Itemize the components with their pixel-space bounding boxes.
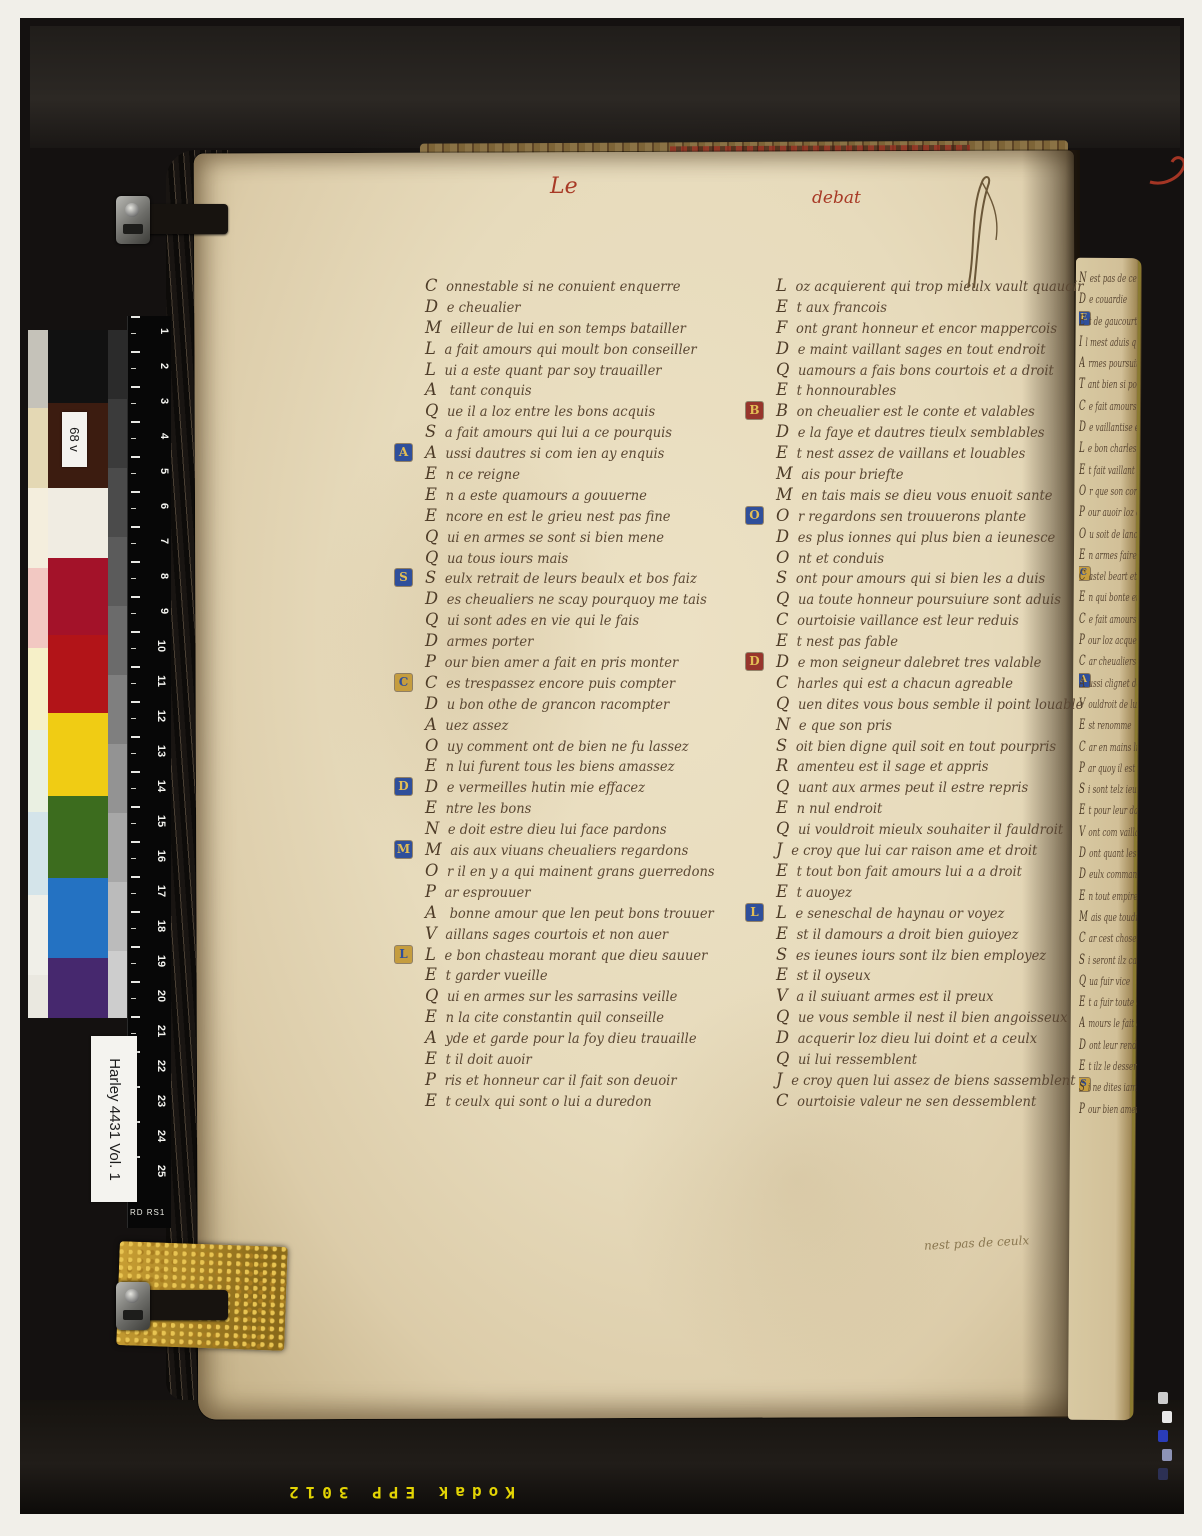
manuscript-line: Qua toute honneur poursuiure sont aduis <box>776 589 1076 610</box>
manuscript-line: En qui bonte et vaill <box>1079 587 1137 608</box>
ruler-unit: 20 <box>128 981 171 1016</box>
manuscript-line: De la faye et dautres tieulx semblables <box>776 422 1076 443</box>
manuscript-line-text: Pour bien amer quant <box>1079 1099 1115 1120</box>
manuscript-line: A bonne amour que len peut bons trouuer <box>425 903 725 924</box>
manuscript-line: Quen dites vous bous semble il point lou… <box>776 694 1076 715</box>
film-edge-marker <box>1158 1468 1168 1480</box>
illuminated-initial: D <box>395 778 412 795</box>
clamp-slot <box>123 1310 143 1320</box>
manuscript-line: CCes trespassez encore puis compter <box>425 673 725 694</box>
manuscript-line: Du bon othe de grancon racompter <box>425 694 725 715</box>
manuscript-line: Quamours a fais bons courtois et a droit <box>776 360 1076 381</box>
ruler-unit: 5 <box>128 456 171 491</box>
manuscript-line: Si seront ilz car leur bo <box>1079 950 1137 971</box>
calibration-patch <box>28 408 48 488</box>
clamp-screw <box>125 1289 139 1303</box>
manuscript-line: Ayde et garde pour la foy dieu trauaille <box>425 1028 725 1049</box>
manuscript-line-text: Quant aux armes peut il estre repris <box>776 777 1064 799</box>
manuscript-line-text: Sont pour amours qui si bien les a duis <box>776 568 1064 590</box>
manuscript-line: Ont et conduis <box>776 548 1076 569</box>
manuscript-line-text: Tant bien si po <box>1079 374 1115 395</box>
manuscript-line: Courtoisie vaillance est leur reduis <box>776 610 1076 631</box>
shelfmark-label: Harley 4431 Vol. 1 <box>91 1036 137 1202</box>
film-edge-marker <box>1158 1430 1168 1442</box>
manuscript-line: En tout empire <box>1079 886 1137 907</box>
manuscript-line-text: Et aux francois <box>776 297 1064 319</box>
ruler-number: 16 <box>155 850 167 862</box>
manuscript-line-text: Ce fait amours qui le <box>1079 609 1115 630</box>
clamp-screw <box>125 203 139 217</box>
manuscript-line: CCastel beart et autr <box>1079 566 1137 587</box>
manuscript-line-text: En qui bonte et vaill <box>1079 587 1115 608</box>
manuscript-line: Et garder vueille <box>425 965 725 986</box>
illuminated-initial: L <box>746 904 763 921</box>
manuscript-line: Font grant honneur et encor mappercois <box>776 318 1076 339</box>
ruler-number: 25 <box>155 1165 167 1177</box>
calibration-patch <box>28 568 48 648</box>
ruler-unit: 19 <box>128 946 171 981</box>
manuscript-line-text: Courtoisie valeur ne sen dessemblent <box>776 1091 1064 1113</box>
manuscript-line: Et auoyez <box>776 882 1076 903</box>
manuscript-line-text: Et ilz le desseruent <box>1079 1056 1115 1077</box>
manuscript-line-text: Qui vouldroit mieulx souhaiter il fauldr… <box>776 819 1064 841</box>
manuscript-line: En a este quamours a gouuerne <box>425 485 725 506</box>
manuscript-line-text: Ou soit de lancee o <box>1079 524 1115 545</box>
manuscript-line: Pour loz acquerre <box>1079 630 1137 651</box>
manuscript-line: Que vous semble il nest il bien angoisse… <box>776 1007 1076 1028</box>
manuscript-line: Entre les bons <box>425 798 725 819</box>
manuscript-line: Ouy comment ont de bien ne fu lassez <box>425 736 725 757</box>
manuscript-line: Meilleur de lui en son temps batailler <box>425 318 725 339</box>
manuscript-line-text: Nest pas de ceulx <box>1079 268 1115 289</box>
manuscript-line-text: Pour loz acquerre <box>1079 630 1115 651</box>
manuscript-line-text: Qui lui ressemblent <box>776 1049 1064 1071</box>
manuscript-line-text: A bonne amour que len peut bons trouuer <box>425 903 713 925</box>
manuscript-line: AAussi clignet de breb <box>1079 673 1137 694</box>
manuscript-line: Et aux francois <box>776 297 1076 318</box>
manuscript-line-text: Charles qui est a chacun agreable <box>776 673 1064 695</box>
manuscript-line: Que il a loz entre les bons acquis <box>425 401 725 422</box>
manuscript-line: La fait amours qui moult bon conseiller <box>425 339 725 360</box>
manuscript-line-text: Meilleur de lui en son temps batailler <box>425 318 713 340</box>
manuscript-line: Pour bien amer a fait en pris monter <box>425 652 725 673</box>
manuscript-line-text: Et honnourables <box>776 380 1064 402</box>
ruler-unit: 17 <box>128 876 171 911</box>
manuscript-line: Lui a este quant par soy trauailler <box>425 360 725 381</box>
ruler-number: 20 <box>155 990 167 1002</box>
ruler-unit: 16 <box>128 841 171 876</box>
illuminated-initial: C <box>395 674 412 691</box>
manuscript-line: En nul endroit <box>776 798 1076 819</box>
manuscript-line-text: Vouldroit de lui en fe <box>1079 694 1115 715</box>
manuscript-line: De couardie <box>1079 289 1137 310</box>
manuscript-line-text: En tout empire <box>1079 886 1115 907</box>
photo-frame-right <box>1184 0 1202 1536</box>
manuscript-line: Je croy que lui car raison ame et droit <box>776 840 1076 861</box>
manuscript-line: OOr regardons sen trouuerons plante <box>776 506 1076 527</box>
manuscript-line: Darmes porter <box>425 631 725 652</box>
manuscript-line: Ou soit de lancee o <box>1079 524 1137 545</box>
manuscript-line: DDe mon seigneur dalebret tres valable <box>776 652 1076 673</box>
manuscript-line-text: Car cest chose qui trop <box>1079 928 1115 949</box>
ruler-number: 7 <box>158 538 170 544</box>
text-column-facing-page: Nest pas de ceulxDe couardieEEt de gauco… <box>1079 268 1137 1128</box>
manuscript-line: Amours le fait car ce <box>1079 1013 1137 1034</box>
manuscript-line-text: En ce reigne <box>425 464 713 486</box>
manuscript-line: Mais pour briefte <box>776 464 1076 485</box>
calibration-patch <box>108 813 127 882</box>
manuscript-line-text: De couardie <box>1079 289 1115 310</box>
ruler-number: 17 <box>155 885 167 897</box>
calibration-patch <box>108 744 127 813</box>
calibration-patch <box>28 895 48 975</box>
ruler-unit: 2 <box>128 351 171 386</box>
manuscript-line-text: Qua toute honneur poursuiure sont aduis <box>776 589 1064 611</box>
manuscript-line-text: Vont com vaillans en <box>1079 822 1115 843</box>
calibration-grayscale-wedge <box>108 330 127 1018</box>
manuscript-line-text: Et auoyez <box>776 882 1064 904</box>
photo-frame-left <box>0 0 20 1536</box>
manuscript-line: Ramenteu est il sage et appris <box>776 756 1076 777</box>
ruler-number: 11 <box>155 675 167 687</box>
manuscript-line: Et tout bon fait amours lui a a droit <box>776 861 1076 882</box>
manuscript-line: Ne doit estre dieu lui face pardons <box>425 819 725 840</box>
manuscript-line: Et nest assez de vaillans et louables <box>776 443 1076 464</box>
calibration-patch <box>28 812 48 895</box>
ruler-unit: 13 <box>128 736 171 771</box>
manuscript-line: Loz acquierent qui trop mieulx vault qua… <box>776 276 1076 297</box>
manuscript-line-text: Bon cheualier est le conte et valables <box>776 401 1064 423</box>
ruler-unit: 12 <box>128 701 171 736</box>
calibration-patch <box>28 730 48 812</box>
calibration-pastel-column <box>28 330 48 1018</box>
manuscript-line: Deulx commander lou <box>1079 864 1137 885</box>
running-header-right: debat <box>812 188 861 208</box>
manuscript-line-text: Soit bien digne quil soit en tout pourpr… <box>776 736 1064 758</box>
manuscript-line-text: Et ceulx qui sont o lui a duredon <box>425 1091 713 1113</box>
ruler-number: 10 <box>155 640 167 652</box>
manuscript-line-text: Va il suiuant armes est il preux <box>776 986 1064 1008</box>
manuscript-line-text: Ont et conduis <box>776 548 1064 570</box>
ruler-number: 3 <box>158 398 170 404</box>
manuscript-line-text: Des cheualiers ne scay pourquoy me tais <box>425 589 713 611</box>
manuscript-line-text: Amours le fait car ce <box>1079 1013 1115 1034</box>
manuscript-line-text: Par quoy il est et sera <box>1079 758 1115 779</box>
manuscript-line-text: Du bon othe de grancon racompter <box>425 694 713 716</box>
manuscript-line: SSi ne dites iamais <box>1079 1077 1137 1098</box>
ruler-unit: 9 <box>128 596 171 631</box>
manuscript-line: LLe seneschal de haynau or voyez <box>776 903 1076 924</box>
manuscript-line-text: Par esprouuer <box>425 882 713 904</box>
manuscript-line: DDe vermeilles hutin mie effacez <box>425 777 725 798</box>
manuscript-line: Dont leur rendra loy <box>1079 1035 1137 1056</box>
manuscript-line: Mais que toudis se ga <box>1079 907 1137 928</box>
ruler-number: 19 <box>155 955 167 967</box>
manuscript-line-text: Que vous semble il nest il bien angoisse… <box>776 1007 1064 1029</box>
illuminated-initial: L <box>395 946 412 963</box>
film-edge-text: Kodak EPP 3012 <box>282 1483 515 1502</box>
manuscript-line: Men tais mais se dieu vous enuoit sante <box>776 485 1076 506</box>
calibration-patch <box>48 635 108 713</box>
ruler-unit: 7 <box>128 526 171 561</box>
manuscript-line: SSeulx retrait de leurs beaulx et bos fa… <box>425 568 725 589</box>
manuscript-line: Vont com vaillans en <box>1079 822 1137 843</box>
ruler-unit: 15 <box>128 806 171 841</box>
manuscript-line: Qui lui ressemblent <box>776 1049 1076 1070</box>
manuscript-line: Et a fuir toute chose <box>1079 992 1137 1013</box>
manuscript-line-text: Sa fait amours qui lui a ce pourquis <box>425 422 713 444</box>
manuscript-line: En la cite constantin quil conseille <box>425 1007 725 1028</box>
calibration-patch <box>108 951 127 1018</box>
manuscript-line: En lui furent tous les biens amassez <box>425 756 725 777</box>
manuscript-line-text: Entre les bons <box>425 798 713 820</box>
manuscript-line-text: De cheualier <box>425 297 713 319</box>
ruler-number: 12 <box>155 710 167 722</box>
manuscript-line: Ce fait amours q <box>1079 396 1137 417</box>
manuscript-line-text: En lui furent tous les biens amassez <box>425 756 713 778</box>
manuscript-line: Qui en armes se sont si bien mene <box>425 527 725 548</box>
manuscript-line: Car en mains lieux po <box>1079 737 1137 758</box>
running-header-left: Le <box>550 174 578 199</box>
manuscript-line: AAussi dautres si com ien ay enquis <box>425 443 725 464</box>
ruler-unit: 14 <box>128 771 171 806</box>
calibration-patch <box>48 878 108 958</box>
ruler-unit: 1 <box>128 316 171 351</box>
manuscript-line: Et il doit auoir <box>425 1049 725 1070</box>
manuscript-line-text: Ouy comment ont de bien ne fu lassez <box>425 736 713 758</box>
manuscript-line-text: Qua fuir vice <box>1079 971 1115 992</box>
manuscript-line: Or que son corps n <box>1079 481 1137 502</box>
manuscript-line: Des cheualiers ne scay pourquoy me tais <box>425 589 725 610</box>
manuscript-line-text: Or regardons sen trouuerons plante <box>776 506 1064 528</box>
ruler-number: 24 <box>155 1130 167 1142</box>
manuscript-line: Vouldroit de lui en fe <box>1079 694 1137 715</box>
manuscript-line-text: Le bon charles d <box>1079 438 1115 459</box>
manuscript-line-text: Car en mains lieux po <box>1079 737 1115 758</box>
manuscript-line: Et fait vaillant <box>1079 460 1137 481</box>
manuscript-line-text: Auez assez <box>425 715 713 737</box>
manuscript-line-text: Mais aux viuans cheualiers regardons <box>425 840 713 862</box>
film-edge-marker <box>1158 1392 1168 1404</box>
manuscript-line: Quant aux armes peut il estre repris <box>776 777 1076 798</box>
calibration-patch <box>48 558 108 635</box>
ruler-number: 22 <box>155 1060 167 1072</box>
manuscript-line: Et ilz le desseruent <box>1079 1056 1137 1077</box>
illuminated-initial: M <box>395 841 412 858</box>
manuscript-line: Charles qui est a chacun agreable <box>776 673 1076 694</box>
manuscript-line: Pour auoir loz com <box>1079 502 1137 523</box>
manuscript-line-text: Lui a este quant par soy trauailler <box>425 360 713 382</box>
manuscript-line: BBon cheualier est le conte et valables <box>776 401 1076 422</box>
manuscript-line-text: Ne doit estre dieu lui face pardons <box>425 819 713 841</box>
manuscript-line: Dont quant les corps <box>1079 843 1137 864</box>
manuscript-line-text: Darmes porter <box>425 631 713 653</box>
ruler-number: 1 <box>158 328 170 334</box>
film-edge-marker <box>1162 1449 1172 1461</box>
manuscript-line: Qua tous iours mais <box>425 548 725 569</box>
ruler-number: 8 <box>158 573 170 579</box>
manuscript-line-text: Si ne dites iamais <box>1079 1077 1115 1098</box>
manuscript-line-text: Et a fuir toute chose <box>1079 992 1115 1013</box>
manuscript-line: Le bon charles d <box>1079 438 1137 459</box>
manuscript-line-text: De vaillantise et <box>1079 417 1115 438</box>
calibration-patch <box>108 399 127 468</box>
manuscript-line-text: A tant conquis <box>425 380 713 402</box>
ruler-number: 18 <box>155 920 167 932</box>
manuscript-line-text: Qui sont ades en vie qui le fais <box>425 610 713 632</box>
ruler-number: 4 <box>158 433 170 439</box>
calibration-patch <box>48 796 108 878</box>
manuscript-line-text: Dacquerir loz dieu lui doint et a ceulx <box>776 1028 1064 1050</box>
pen-flourish <box>930 170 1020 290</box>
manuscript-line-text: Ramenteu est il sage et appris <box>776 756 1064 778</box>
calibration-patch <box>48 958 108 1018</box>
manuscript-line-text: Ces trespassez encore puis compter <box>425 673 713 695</box>
calibration-patch <box>28 488 48 568</box>
manuscript-line-text: Encore en est le grieu nest pas fine <box>425 506 713 528</box>
manuscript-line: Pris et honneur car il fait son deuoir <box>425 1070 725 1091</box>
manuscript-line: Par quoy il est et sera <box>1079 758 1137 779</box>
ruler-number: 2 <box>158 363 170 369</box>
manuscript-line: Ce fait amours qui le <box>1079 609 1137 630</box>
manuscript-line: Tant bien si po <box>1079 374 1137 395</box>
illuminated-initial: S <box>395 569 412 586</box>
manuscript-line-text: De mon seigneur dalebret tres valable <box>776 652 1064 674</box>
manuscript-line-text: Castel beart et autr <box>1079 566 1115 587</box>
manuscript-line-text: Seulx retrait de leurs beaulx et bos fai… <box>425 568 713 590</box>
manuscript-line: Ne que son pris <box>776 715 1076 736</box>
manuscript-line-text: Si seront ilz car leur bo <box>1079 950 1115 971</box>
photo-frame-top <box>0 0 1202 18</box>
manuscript-line-text: De la faye et dautres tieulx semblables <box>776 422 1064 444</box>
manuscript-line: Pour bien amer quant <box>1079 1099 1137 1120</box>
ruler-unit: 10 <box>128 631 171 666</box>
manuscript-line-text: La fait amours qui moult bon conseiller <box>425 339 713 361</box>
manuscript-line: De maint vaillant sages en tout endroit <box>776 339 1076 360</box>
folio-number-text: 68 v <box>67 427 82 452</box>
manuscript-line: Est il damours a droit bien guioyez <box>776 924 1076 945</box>
manuscript-line: En ce reigne <box>425 464 725 485</box>
manuscript-line-text: Ce fait amours q <box>1079 396 1115 417</box>
manuscript-line: Je croy quen lui assez de biens sassembl… <box>776 1070 1076 1091</box>
manuscript-line-text: Si sont telz ieunes et <box>1079 779 1115 800</box>
manuscript-line: Sont pour amours qui si bien les a duis <box>776 568 1076 589</box>
manuscript-line-text: De maint vaillant sages en tout endroit <box>776 339 1064 361</box>
manuscript-line-text: En la cite constantin quil conseille <box>425 1007 713 1029</box>
text-column-right: Loz acquierent qui trop mieulx vault qua… <box>776 276 1076 1112</box>
manuscript-line-text: Pris et honneur car il fait son deuoir <box>425 1070 713 1092</box>
manuscript-line-text: Aussi clignet de breb <box>1079 673 1115 694</box>
manuscript-line-text: Mais pour briefte <box>776 464 1064 486</box>
manuscript-line-text: Le seneschal de haynau or voyez <box>776 903 1064 925</box>
manuscript-line-text: Qui en armes sur les sarrasins veille <box>425 986 713 1008</box>
calibration-patch <box>48 488 108 558</box>
manuscript-line-text: Pour auoir loz com <box>1079 502 1115 523</box>
ruler-unit: 11 <box>128 666 171 701</box>
manuscript-line: Armes poursuit <box>1079 353 1137 374</box>
manuscript-line-text: En nul endroit <box>776 798 1064 820</box>
calibration-patch <box>108 606 127 675</box>
manuscript-line-text: De vermeilles hutin mie effacez <box>425 777 713 799</box>
manuscript-line-text: Et pour leur dames <box>1079 800 1115 821</box>
manuscript-line-text: Courtoisie vaillance est leur reduis <box>776 610 1064 632</box>
manuscript-line-text: Est renomme <box>1079 715 1115 736</box>
manuscript-line: Si sont telz ieunes et <box>1079 779 1137 800</box>
manuscript-line: Qui en armes sur les sarrasins veille <box>425 986 725 1007</box>
ruler-number: 14 <box>155 780 167 792</box>
manuscript-line-text: Ne que son pris <box>776 715 1064 737</box>
manuscript-line-text: Je croy que lui car raison ame et droit <box>776 840 1064 862</box>
manuscript-line: Est il oyseux <box>776 965 1076 986</box>
manuscript-line-text: Est il damours a droit bien guioyez <box>776 924 1064 946</box>
manuscript-line: Qui sont ades en vie qui le fais <box>425 610 725 631</box>
illuminated-initial: B <box>746 402 763 419</box>
manuscript-line-text: Et nest assez de vaillans et louables <box>776 443 1064 465</box>
clamp-strap <box>140 1290 228 1320</box>
ruler-unit: 6 <box>128 491 171 526</box>
manuscript-line: Par esprouuer <box>425 882 725 903</box>
manuscript-line-text: Mais que toudis se ga <box>1079 907 1115 928</box>
manuscript-line-text: Deulx commander lou <box>1079 864 1115 885</box>
manuscript-line: Qui vouldroit mieulx souhaiter il fauldr… <box>776 819 1076 840</box>
illuminated-initial: D <box>746 653 763 670</box>
manuscript-line: Et pour leur dames <box>1079 800 1137 821</box>
manuscript-line-text: Ses ieunes iours sont ilz bien employez <box>776 945 1064 967</box>
manuscript-line: LLe bon chasteau morant que dieu sauuer <box>425 945 725 966</box>
manuscript-line: Soit bien digne quil soit en tout pourpr… <box>776 736 1076 757</box>
manuscript-line-text: Ayde et garde pour la foy dieu trauaille <box>425 1028 713 1050</box>
manuscript-line: Va il suiuant armes est il preux <box>776 986 1076 1007</box>
manuscript-line: Auez assez <box>425 715 725 736</box>
manuscript-line-text: Et de gaucourt q <box>1079 311 1115 332</box>
manuscript-line: Nest pas de ceulx <box>1079 268 1137 289</box>
manuscript-line-text: Dont quant les corps <box>1079 843 1115 864</box>
manuscript-line-text: Men tais mais se dieu vous enuoit sante <box>776 485 1064 507</box>
film-edge-marker <box>1162 1411 1172 1423</box>
ruler-number: 21 <box>155 1025 167 1037</box>
manuscript-line-text: Car cheualiers meill <box>1079 651 1115 672</box>
manuscript-line-text: Des plus ionnes qui plus bien a ieunesce <box>776 527 1064 549</box>
manuscript-line: Car cest chose qui trop <box>1079 928 1137 949</box>
manuscript-line-text: Aussi dautres si com ien ay enquis <box>425 443 713 465</box>
manuscript-line-text: Est il oyseux <box>776 965 1064 987</box>
folio-number-label: 68 v <box>62 412 87 467</box>
manuscript-line: Et ceulx qui sont o lui a duredon <box>425 1091 725 1112</box>
calibration-patch <box>108 882 127 951</box>
manuscript-line-text: En a este quamours a gouuerne <box>425 485 713 507</box>
calibration-patch <box>108 537 127 606</box>
manuscript-line-text: Quamours a fais bons courtois et a droit <box>776 360 1064 382</box>
calibration-patch <box>48 330 108 403</box>
manuscript-line: Et nest pas fable <box>776 631 1076 652</box>
ruler-unit: 3 <box>128 386 171 421</box>
manuscript-line: Dacquerir loz dieu lui doint et a ceulx <box>776 1028 1076 1049</box>
manuscript-line-text: Qua tous iours mais <box>425 548 713 570</box>
manuscript-line-text: Et tout bon fait amours lui a a droit <box>776 861 1064 883</box>
calibration-patch <box>48 713 108 796</box>
illuminated-initial: A <box>395 444 412 461</box>
manuscript-line-text: Vaillans sages courtois et non auer <box>425 924 713 946</box>
ruler-unit: 8 <box>128 561 171 596</box>
manuscript-line: Qua fuir vice <box>1079 971 1137 992</box>
manuscript-line: Ses ieunes iours sont ilz bien employez <box>776 945 1076 966</box>
ruler-number: 15 <box>155 815 167 827</box>
calibration-patch <box>108 468 127 537</box>
manuscript-line-text: Et fait vaillant <box>1079 460 1115 481</box>
manuscript-line: Des plus ionnes qui plus bien a ieunesce <box>776 527 1076 548</box>
manuscript-line-text: Et garder vueille <box>425 965 713 987</box>
manuscript-line-text: Armes poursuit <box>1079 353 1115 374</box>
